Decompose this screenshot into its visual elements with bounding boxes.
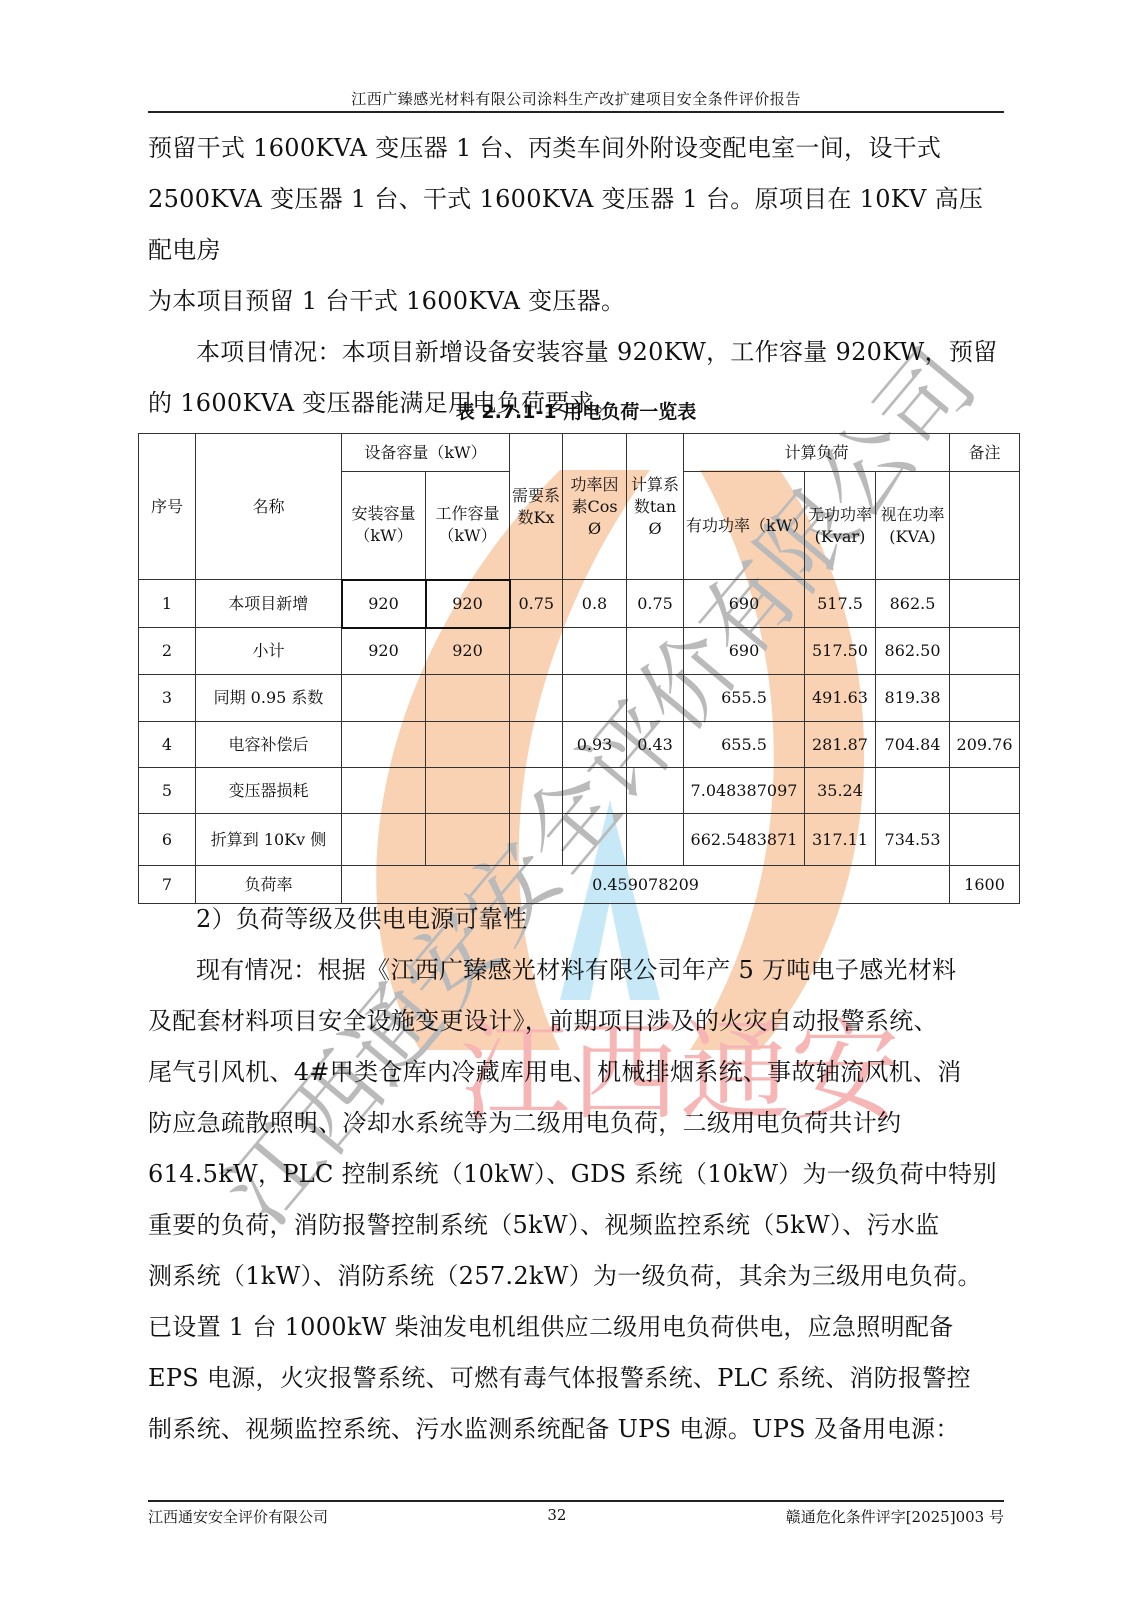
footer-divider — [148, 1500, 1004, 1502]
header-remark-blank — [950, 472, 1020, 580]
cell-active: 690 — [684, 580, 805, 628]
cell-seq: 4 — [139, 722, 196, 768]
cell-cos — [563, 814, 627, 866]
cell-remark — [950, 814, 1020, 866]
cell-active: 655.5 — [684, 675, 805, 722]
cell-tan: 0.75 — [627, 580, 684, 628]
cell-working — [426, 722, 510, 768]
cell-tan — [627, 628, 684, 675]
text-line: 本项目情况：本项目新增设备安装容量 920KW，工作容量 920KW，预留 — [148, 327, 1004, 378]
cell-apparent — [876, 768, 950, 814]
cell-name: 电容补偿后 — [196, 722, 342, 768]
cell-kx — [510, 814, 563, 866]
cell-cos: 0.93 — [563, 722, 627, 768]
cell-seq: 6 — [139, 814, 196, 866]
header-installed: 安装容量（kW） — [342, 472, 426, 580]
header-seq: 序号 — [139, 434, 196, 580]
page-header: 江西广臻感光材料有限公司涂料生产改扩建项目安全条件评价报告 — [148, 88, 1004, 109]
text-line: 为本项目预留 1 台干式 1600KVA 变压器。 — [148, 276, 1004, 327]
cell-apparent: 862.5 — [876, 580, 950, 628]
cell-remark — [950, 768, 1020, 814]
cell-tan — [627, 814, 684, 866]
cell-cos — [563, 768, 627, 814]
load-level-section: 2）负荷等级及供电电源可靠性 现有情况：根据《江西广臻感光材料有限公司年产 5 … — [148, 894, 1004, 1455]
header-remark: 备注 — [950, 434, 1020, 472]
cell-installed — [342, 675, 426, 722]
cell-kx: 0.75 — [510, 580, 563, 628]
cell-name: 折算到 10Kv 侧 — [196, 814, 342, 866]
cell-remark — [950, 580, 1020, 628]
footer-company: 江西通安安全评价有限公司 — [148, 1506, 328, 1527]
cell-seq: 5 — [139, 768, 196, 814]
cell-kx — [510, 628, 563, 675]
table-row: 1 本项目新增 920 920 0.75 0.8 0.75 690 517.5 … — [139, 580, 1020, 628]
cell-working: 920 — [426, 580, 510, 628]
text-line: 防应急疏散照明、冷却水系统等为二级用电负荷，二级用电负荷共计约 — [148, 1098, 1004, 1149]
cell-reactive: 491.63 — [805, 675, 876, 722]
cell-cos — [563, 675, 627, 722]
cell-working — [426, 814, 510, 866]
header-kx: 需要系数Kx — [510, 434, 563, 580]
cell-remark — [950, 628, 1020, 675]
text-line: 及配套材料项目安全设施变更设计》，前期项目涉及的火灾自动报警系统、 — [148, 996, 1004, 1047]
table-row: 5 变压器损耗 7.048387097 35.24 — [139, 768, 1020, 814]
cell-name: 小计 — [196, 628, 342, 675]
cell-installed — [342, 768, 426, 814]
header-calc-group: 计算负荷 — [684, 434, 950, 472]
header-capacity-group: 设备容量（kW） — [342, 434, 510, 472]
cell-kx — [510, 768, 563, 814]
section-heading: 2）负荷等级及供电电源可靠性 — [148, 894, 1004, 945]
cell-remark: 209.76 — [950, 722, 1020, 768]
cell-active: 655.5 — [684, 722, 805, 768]
cell-apparent: 819.38 — [876, 675, 950, 722]
cell-reactive: 517.50 — [805, 628, 876, 675]
cell-tan — [627, 768, 684, 814]
cell-apparent: 704.84 — [876, 722, 950, 768]
cell-tan — [627, 675, 684, 722]
cell-reactive: 517.5 — [805, 580, 876, 628]
cell-reactive: 35.24 — [805, 768, 876, 814]
header-divider — [148, 111, 1004, 113]
text-line: 重要的负荷，消防报警控制系统（5kW）、视频监控系统（5kW）、污水监 — [148, 1200, 1004, 1251]
header-cos: 功率因素CosØ — [563, 434, 627, 580]
text-line: 已设置 1 台 1000kW 柴油发电机组供应二级用电负荷供电，应急照明配备 — [148, 1302, 1004, 1353]
header-reactive: 无功功率(Kvar) — [805, 472, 876, 580]
cell-working: 920 — [426, 628, 510, 675]
cell-seq: 3 — [139, 675, 196, 722]
document-number: 赣通危化条件评字[2025]003 号 — [786, 1506, 1004, 1527]
text-line: 测系统（1kW）、消防系统（257.2kW）为一级负荷，其余为三级用电负荷。 — [148, 1251, 1004, 1302]
cell-reactive: 317.11 — [805, 814, 876, 866]
cell-kx — [510, 722, 563, 768]
cell-remark — [950, 675, 1020, 722]
header-working: 工作容量（kW） — [426, 472, 510, 580]
cell-tan: 0.43 — [627, 722, 684, 768]
text-line: 现有情况：根据《江西广臻感光材料有限公司年产 5 万吨电子感光材料 — [148, 945, 1004, 996]
cell-name: 同期 0.95 系数 — [196, 675, 342, 722]
cell-active: 7.048387097 — [684, 768, 805, 814]
cell-cos — [563, 628, 627, 675]
intro-paragraph: 预留干式 1600KVA 变压器 1 台、丙类车间外附设变配电室一间，设干式 2… — [148, 123, 1004, 429]
page-number: 32 — [547, 1506, 566, 1527]
cell-cos: 0.8 — [563, 580, 627, 628]
cell-working — [426, 675, 510, 722]
table-row: 2 小计 920 920 690 517.50 862.50 — [139, 628, 1020, 675]
cell-name: 变压器损耗 — [196, 768, 342, 814]
header-active: 有功功率（kW） — [684, 472, 805, 580]
cell-reactive: 281.87 — [805, 722, 876, 768]
header-tan: 计算系数tanØ — [627, 434, 684, 580]
table-row: 6 折算到 10Kv 侧 662.5483871 317.11 734.53 — [139, 814, 1020, 866]
cell-name: 本项目新增 — [196, 580, 342, 628]
cell-installed — [342, 814, 426, 866]
cell-active: 662.5483871 — [684, 814, 805, 866]
cell-kx — [510, 675, 563, 722]
cell-active: 690 — [684, 628, 805, 675]
header-name: 名称 — [196, 434, 342, 580]
text-line: 预留干式 1600KVA 变压器 1 台、丙类车间外附设变配电室一间，设干式 — [148, 123, 1004, 174]
cell-apparent: 862.50 — [876, 628, 950, 675]
text-line: 制系统、视频监控系统、污水监测系统配备 UPS 电源。UPS 及备用电源： — [148, 1404, 1004, 1455]
text-line: 尾气引风机、4#甲类仓库内冷藏库用电、机械排烟系统、事故轴流风机、消 — [148, 1047, 1004, 1098]
cell-working — [426, 768, 510, 814]
cell-seq: 2 — [139, 628, 196, 675]
cell-seq: 1 — [139, 580, 196, 628]
page-footer: 江西通安安全评价有限公司 32 赣通危化条件评字[2025]003 号 — [148, 1506, 1004, 1527]
text-line: EPS 电源，火灾报警系统、可燃有毒气体报警系统、PLC 系统、消防报警控 — [148, 1353, 1004, 1404]
text-line: 614.5kW，PLC 控制系统（10kW）、GDS 系统（10kW）为一级负荷… — [148, 1149, 1004, 1200]
load-table: 序号 名称 设备容量（kW） 需要系数Kx 功率因素CosØ 计算系数tanØ … — [138, 433, 1020, 904]
table-caption: 表 2.7.1-1 用电负荷一览表 — [148, 397, 1004, 424]
cell-installed: 920 — [342, 628, 426, 675]
cell-installed — [342, 722, 426, 768]
table-row: 4 电容补偿后 0.93 0.43 655.5 281.87 704.84 20… — [139, 722, 1020, 768]
table-row: 3 同期 0.95 系数 655.5 491.63 819.38 — [139, 675, 1020, 722]
text-line: 2500KVA 变压器 1 台、干式 1600KVA 变压器 1 台。原项目在 … — [148, 174, 1004, 276]
cell-apparent: 734.53 — [876, 814, 950, 866]
cell-installed: 920 — [342, 580, 426, 628]
header-apparent: 视在功率(KVA) — [876, 472, 950, 580]
